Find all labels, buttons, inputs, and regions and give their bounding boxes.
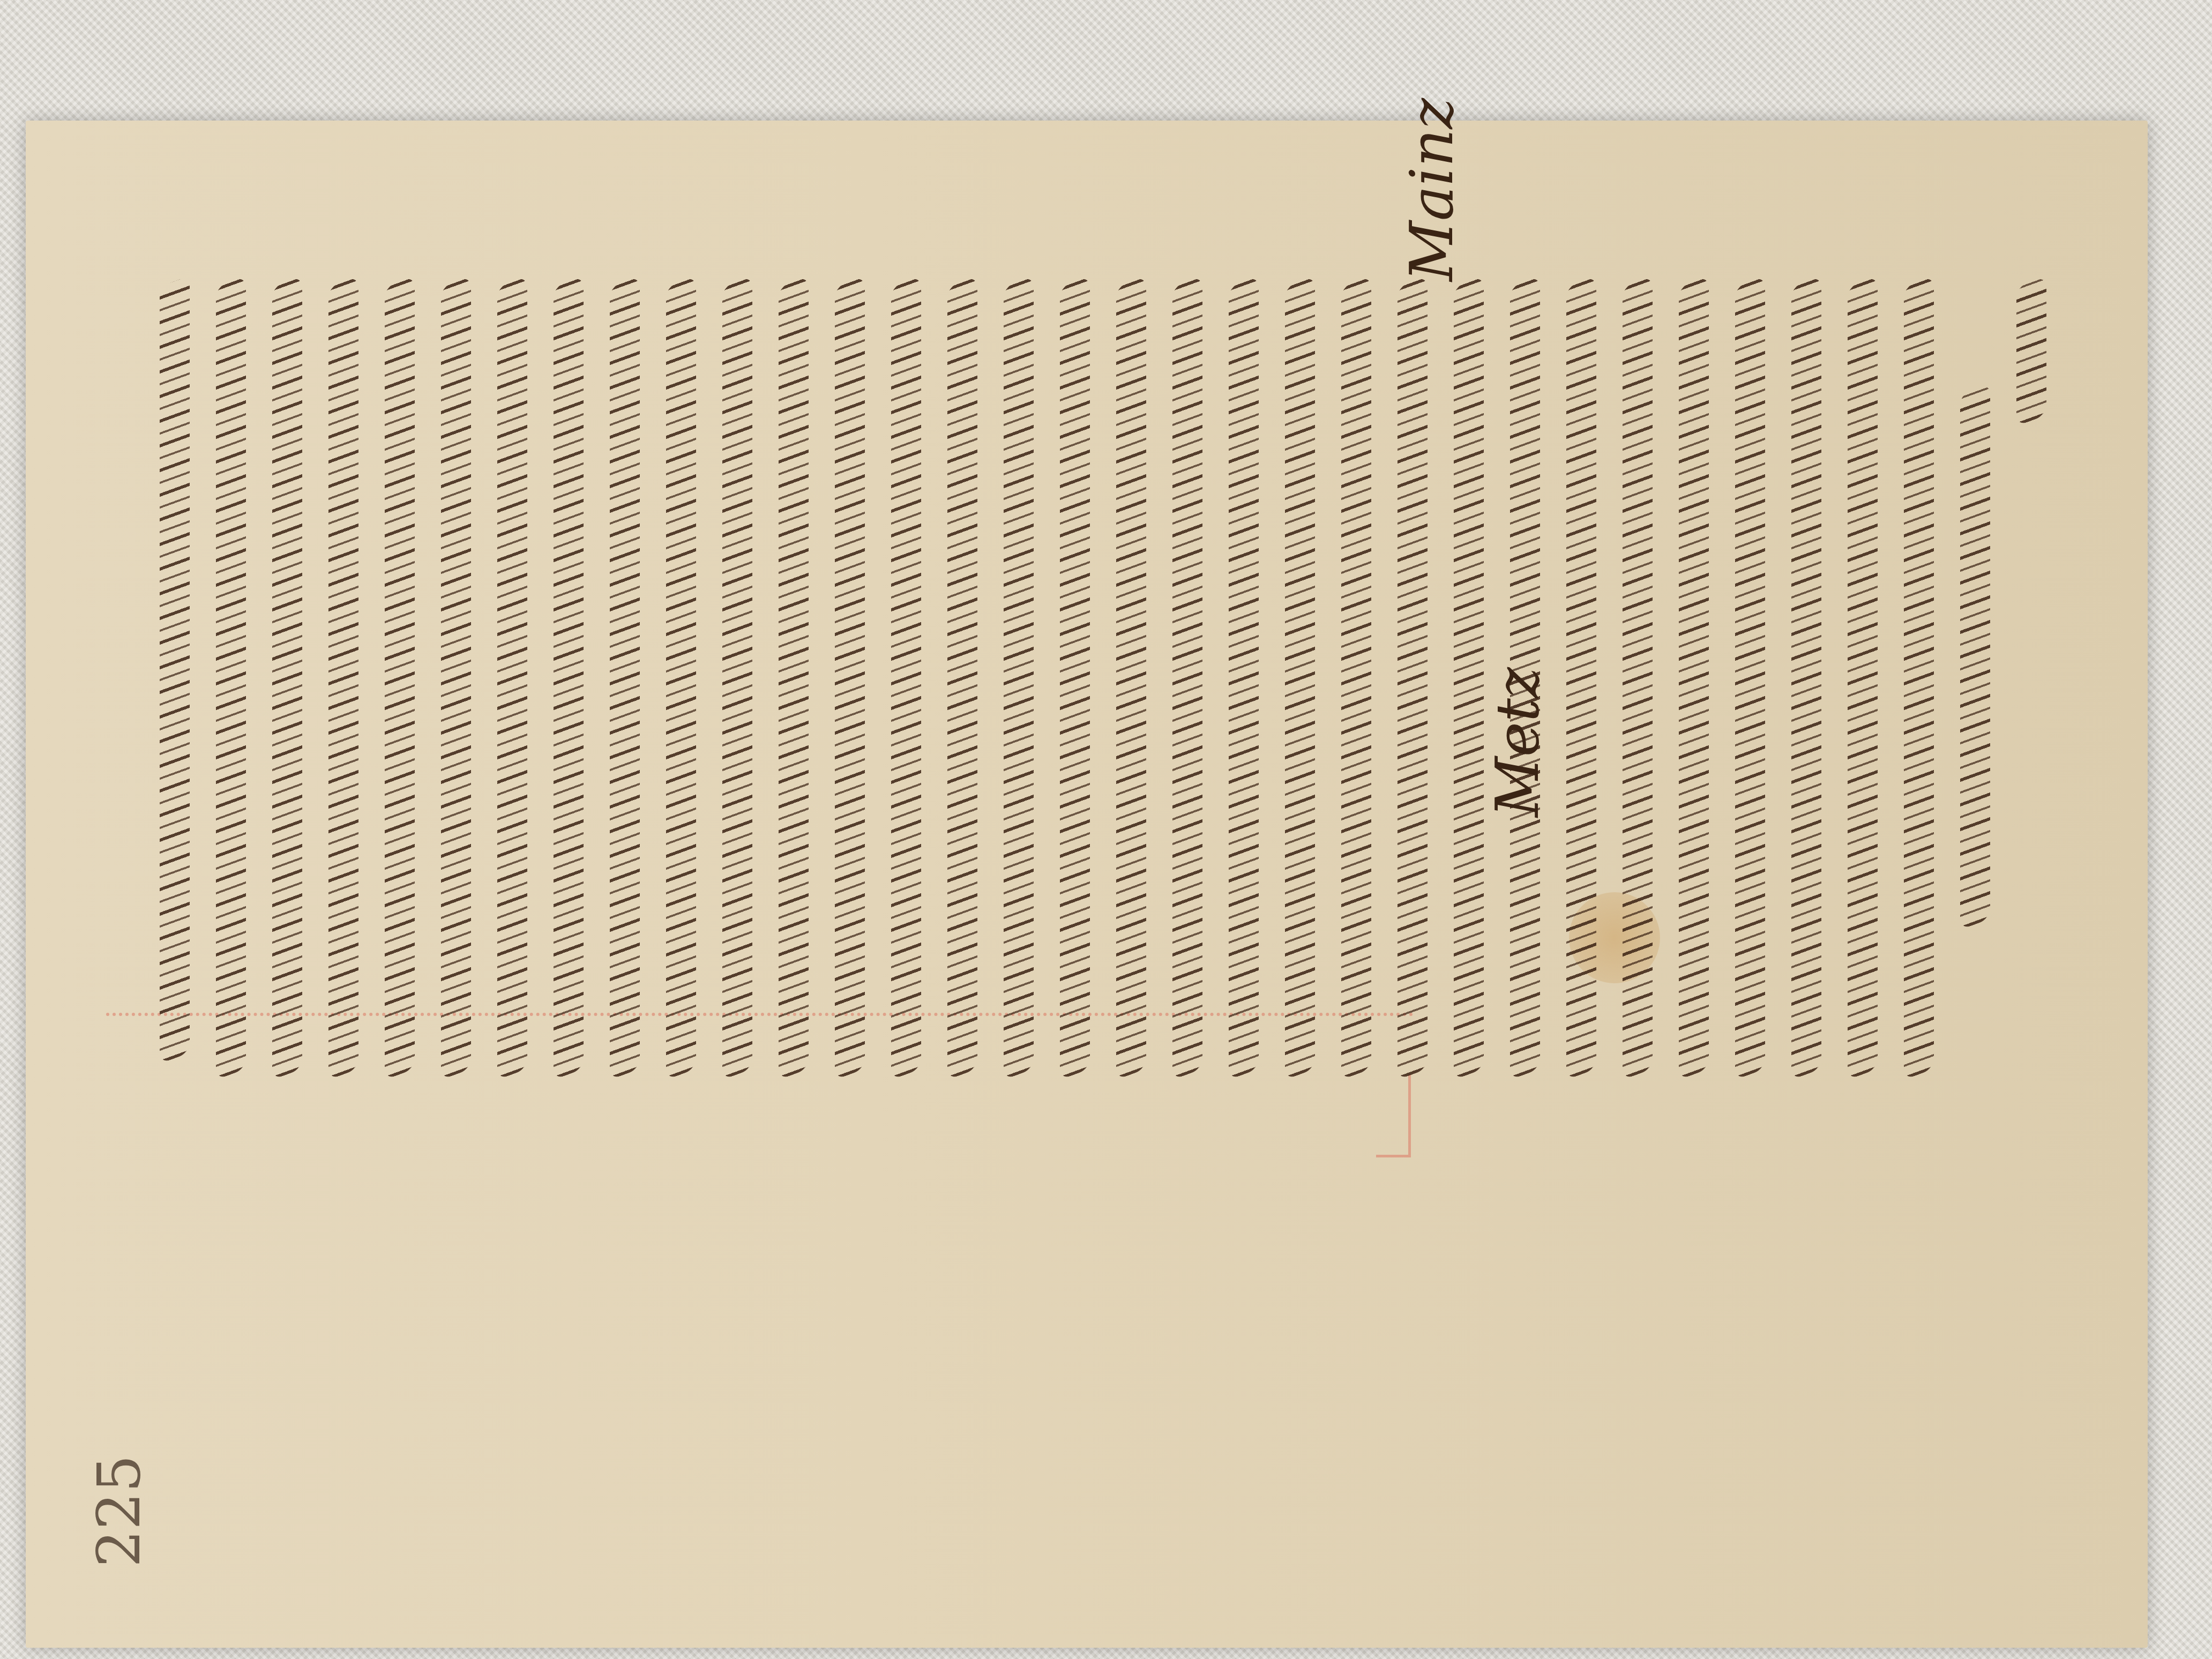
text-line [1791, 281, 1834, 1074]
text-line [1735, 281, 1778, 1074]
text-line [835, 281, 878, 1074]
text-line [1285, 281, 1328, 1074]
text-line [722, 281, 765, 1074]
text-line [216, 281, 259, 1074]
document-page: Mainz Metz 225 [26, 121, 2148, 1648]
text-line [610, 281, 653, 1074]
text-line [947, 281, 990, 1074]
red-margin-hook [1376, 1074, 1411, 1157]
text-line [385, 281, 428, 1074]
text-line [1566, 281, 1609, 1074]
text-line [1060, 281, 1103, 1074]
text-line [1398, 281, 1440, 1074]
text-line [1904, 281, 1947, 1074]
text-line [1623, 281, 1665, 1074]
text-line [1172, 281, 1215, 1074]
text-line [1679, 281, 1722, 1074]
text-line [891, 281, 934, 1074]
text-line [272, 281, 315, 1074]
text-line [779, 281, 821, 1074]
text-line [1229, 281, 1272, 1074]
word-mainz: Mainz [1398, 98, 1466, 281]
text-line [1341, 281, 1384, 1074]
text-line [160, 281, 203, 1058]
text-line [1116, 281, 1159, 1074]
text-line [328, 281, 371, 1074]
text-line [1004, 281, 1047, 1074]
text-line [1960, 388, 2003, 924]
text-line [1848, 281, 1890, 1074]
text-line [554, 281, 596, 1074]
text-line [2016, 281, 2059, 421]
text-line [666, 281, 709, 1074]
page-number: 225 [85, 1455, 153, 1567]
text-line [497, 281, 540, 1074]
word-metz: Metz [1483, 667, 1552, 817]
handwritten-text-block [160, 281, 2062, 1085]
text-line [441, 281, 484, 1074]
